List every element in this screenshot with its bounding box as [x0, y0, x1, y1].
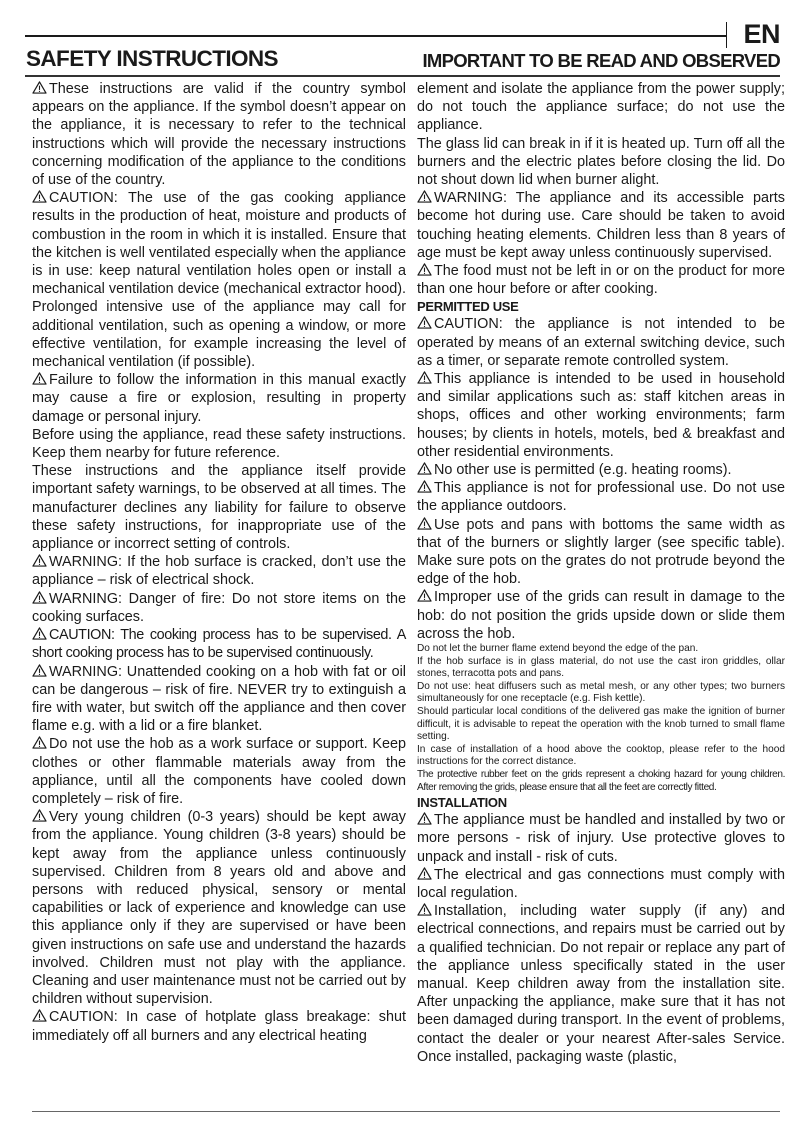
paragraph: The electrical and gas connections must … — [417, 866, 785, 902]
paragraph: CAUTION: the appliance is not intended t… — [417, 315, 785, 370]
warning-triangle-icon — [32, 190, 47, 203]
paragraph: Very young children (0-3 years) should b… — [32, 808, 406, 1008]
warning-triangle-icon — [32, 1009, 47, 1022]
paragraph: Use pots and pans with bottoms the same … — [417, 516, 785, 589]
section-heading-installation: INSTALLATION — [417, 794, 785, 811]
small-note: Should particular local conditions of th… — [417, 706, 785, 744]
page-title: SAFETY INSTRUCTIONS — [26, 46, 278, 72]
paragraph: CAUTION: The cooking process has to be s… — [32, 626, 406, 662]
header-bottom-rule — [25, 75, 780, 77]
paragraph: This appliance is intended to be used in… — [417, 370, 785, 461]
header-tick-divider — [726, 22, 727, 48]
small-note: Do not use: heat diffusers such as metal… — [417, 681, 785, 706]
warning-triangle-icon — [417, 903, 432, 916]
paragraph: These instructions and the appliance its… — [32, 462, 406, 553]
paragraph: No other use is permitted (e.g. heating … — [417, 461, 785, 479]
paragraph: This appliance is not for professional u… — [417, 479, 785, 515]
header-top-rule — [25, 35, 727, 37]
paragraph: WARNING: Danger of fire: Do not store it… — [32, 590, 406, 626]
warning-triangle-icon — [32, 591, 47, 604]
warning-triangle-icon — [417, 589, 432, 602]
small-note: In case of installation of a hood above … — [417, 744, 785, 769]
small-note: The protective rubber feet on the grids … — [417, 769, 785, 794]
warning-triangle-icon — [417, 190, 432, 203]
warning-triangle-icon — [417, 316, 432, 329]
paragraph: WARNING: The appliance and its accessibl… — [417, 189, 785, 262]
paragraph: Failure to follow the information in thi… — [32, 371, 406, 426]
paragraph: Improper use of the grids can result in … — [417, 588, 785, 643]
paragraph: Do not use the hob as a work surface or … — [32, 735, 406, 808]
warning-triangle-icon — [32, 372, 47, 385]
paragraph: element and isolate the appliance from t… — [417, 80, 785, 135]
warning-triangle-icon — [417, 462, 432, 475]
warning-triangle-icon — [32, 81, 47, 94]
small-note: Do not let the burner flame extend beyon… — [417, 643, 785, 656]
paragraph: Before using the appliance, read these s… — [32, 426, 406, 462]
paragraph: These instructions are valid if the coun… — [32, 80, 406, 189]
warning-triangle-icon — [32, 554, 47, 567]
footer-rule — [32, 1111, 780, 1112]
warning-triangle-icon — [32, 627, 47, 640]
paragraph: Installation, including water supply (if… — [417, 902, 785, 1066]
warning-triangle-icon — [32, 736, 47, 749]
warning-triangle-icon — [417, 371, 432, 384]
warning-triangle-icon — [417, 480, 432, 493]
paragraph: The glass lid can break in if it is heat… — [417, 135, 785, 190]
warning-triangle-icon — [417, 867, 432, 880]
section-heading-permitted-use: PERMITTED USE — [417, 298, 785, 315]
paragraph: The food must not be left in or on the p… — [417, 262, 785, 298]
paragraph: CAUTION: In case of hotplate glass break… — [32, 1008, 406, 1044]
paragraph: WARNING: If the hob surface is cracked, … — [32, 553, 406, 589]
warning-triangle-icon — [417, 517, 432, 530]
warning-triangle-icon — [417, 812, 432, 825]
warning-triangle-icon — [32, 809, 47, 822]
warning-triangle-icon — [417, 263, 432, 276]
warning-triangle-icon — [32, 664, 47, 677]
left-column: These instructions are valid if the coun… — [32, 80, 406, 1045]
paragraph: WARNING: Unattended cooking on a hob wit… — [32, 663, 406, 736]
small-note: If the hob surface is in glass material,… — [417, 656, 785, 681]
page-subtitle: IMPORTANT TO BE READ AND OBSERVED — [422, 50, 780, 72]
paragraph: The appliance must be handled and instal… — [417, 811, 785, 866]
language-code: EN — [743, 19, 780, 49]
right-column: element and isolate the appliance from t… — [417, 80, 785, 1066]
paragraph: CAUTION: The use of the gas cooking appl… — [32, 189, 406, 371]
